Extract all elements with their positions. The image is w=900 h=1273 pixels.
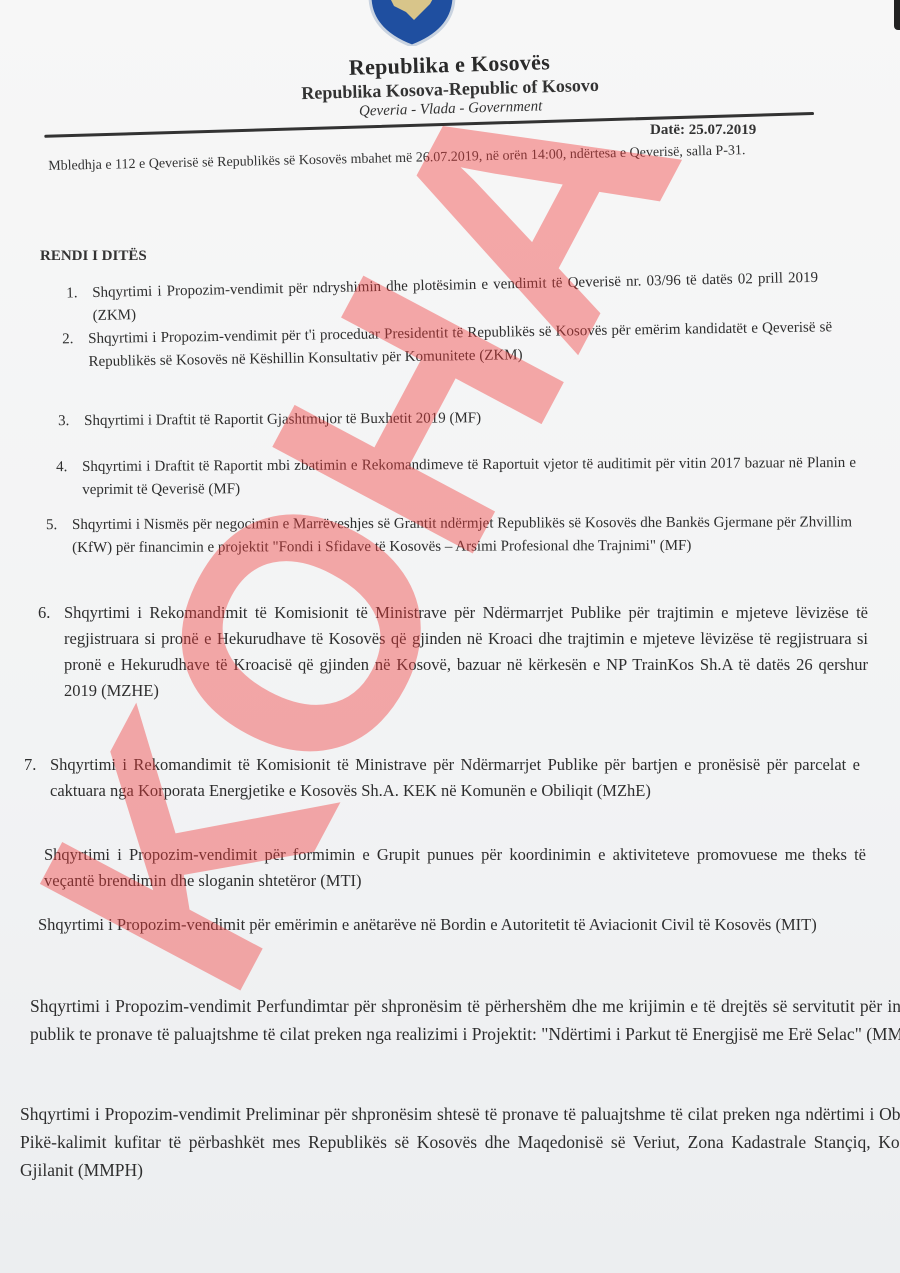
agenda-item-number: 1. [66, 282, 78, 305]
agenda-item-text: Shqyrtimi i Propozim-vendimit për emërim… [38, 915, 817, 934]
agenda-item-number: 4. [56, 456, 67, 479]
agenda-item: 5.Shqyrtimi i Nismës për negocimin e Mar… [72, 511, 852, 560]
agenda-item-number: 5. [46, 514, 57, 537]
kosovo-coat-of-arms-icon [366, 0, 458, 46]
agenda-item-number: 6. [38, 600, 50, 626]
agenda-item: 4.Shqyrtimi i Draftit të Raportit mbi zb… [82, 452, 856, 502]
agenda-item-text: Shqyrtimi i Propozim-vendimit Perfundimt… [30, 996, 900, 1044]
agenda-item-text: Shqyrtimi i Rekomandimit të Komisionit t… [50, 755, 860, 800]
agenda-item-text: Shqyrtimi i Propozim-vendimit për t'i pr… [88, 319, 832, 370]
agenda-item: Shqyrtimi i Propozim-vendimit për formim… [44, 842, 866, 894]
page-edge-shadow [894, 0, 900, 30]
agenda-item: Shqyrtimi i Propozim-vendimit për emërim… [38, 912, 892, 938]
agenda-item: 7.Shqyrtimi i Rekomandimit të Komisionit… [50, 752, 860, 804]
document-date: Datë: 25.07.2019 [650, 122, 756, 139]
agenda-item-text: Shqyrtimi i Draftit të Raportit Gjashtmu… [84, 410, 481, 429]
agenda-item-number: 2. [62, 328, 74, 351]
agenda-item-text: Shqyrtimi i Rekomandimit të Komisionit t… [64, 603, 868, 700]
agenda-item-number: 7. [24, 752, 36, 778]
agenda-item: 6.Shqyrtimi i Rekomandimit të Komisionit… [64, 600, 868, 704]
document-header: Republika e Kosovës Republika Kosova-Rep… [239, 46, 661, 124]
agenda-item: 3.Shqyrtimi i Draftit të Raportit Gjasht… [84, 406, 678, 433]
agenda-item-text: Shqyrtimi i Propozim-vendimit Preliminar… [20, 1104, 900, 1180]
agenda-item: Shqyrtimi i Propozim-vendimit Preliminar… [20, 1100, 900, 1184]
agenda-item-text: Shqyrtimi i Propozim-vendimit për formim… [44, 845, 866, 890]
agenda-title: RENDI I DITËS [40, 248, 147, 265]
meeting-intro: Mbledhja e 112 e Qeverisë së Republikës … [48, 138, 828, 178]
agenda-item: Shqyrtimi i Propozim-vendimit Perfundimt… [30, 992, 900, 1048]
agenda-item-text: Shqyrtimi i Propozim-vendimit për ndrysh… [92, 270, 818, 324]
agenda-item-text: Shqyrtimi i Draftit të Raportit mbi zbat… [82, 455, 856, 498]
agenda-item-text: Shqyrtimi i Nismës për negocimin e Marrë… [72, 514, 852, 556]
agenda-item-number: 3. [58, 410, 69, 433]
